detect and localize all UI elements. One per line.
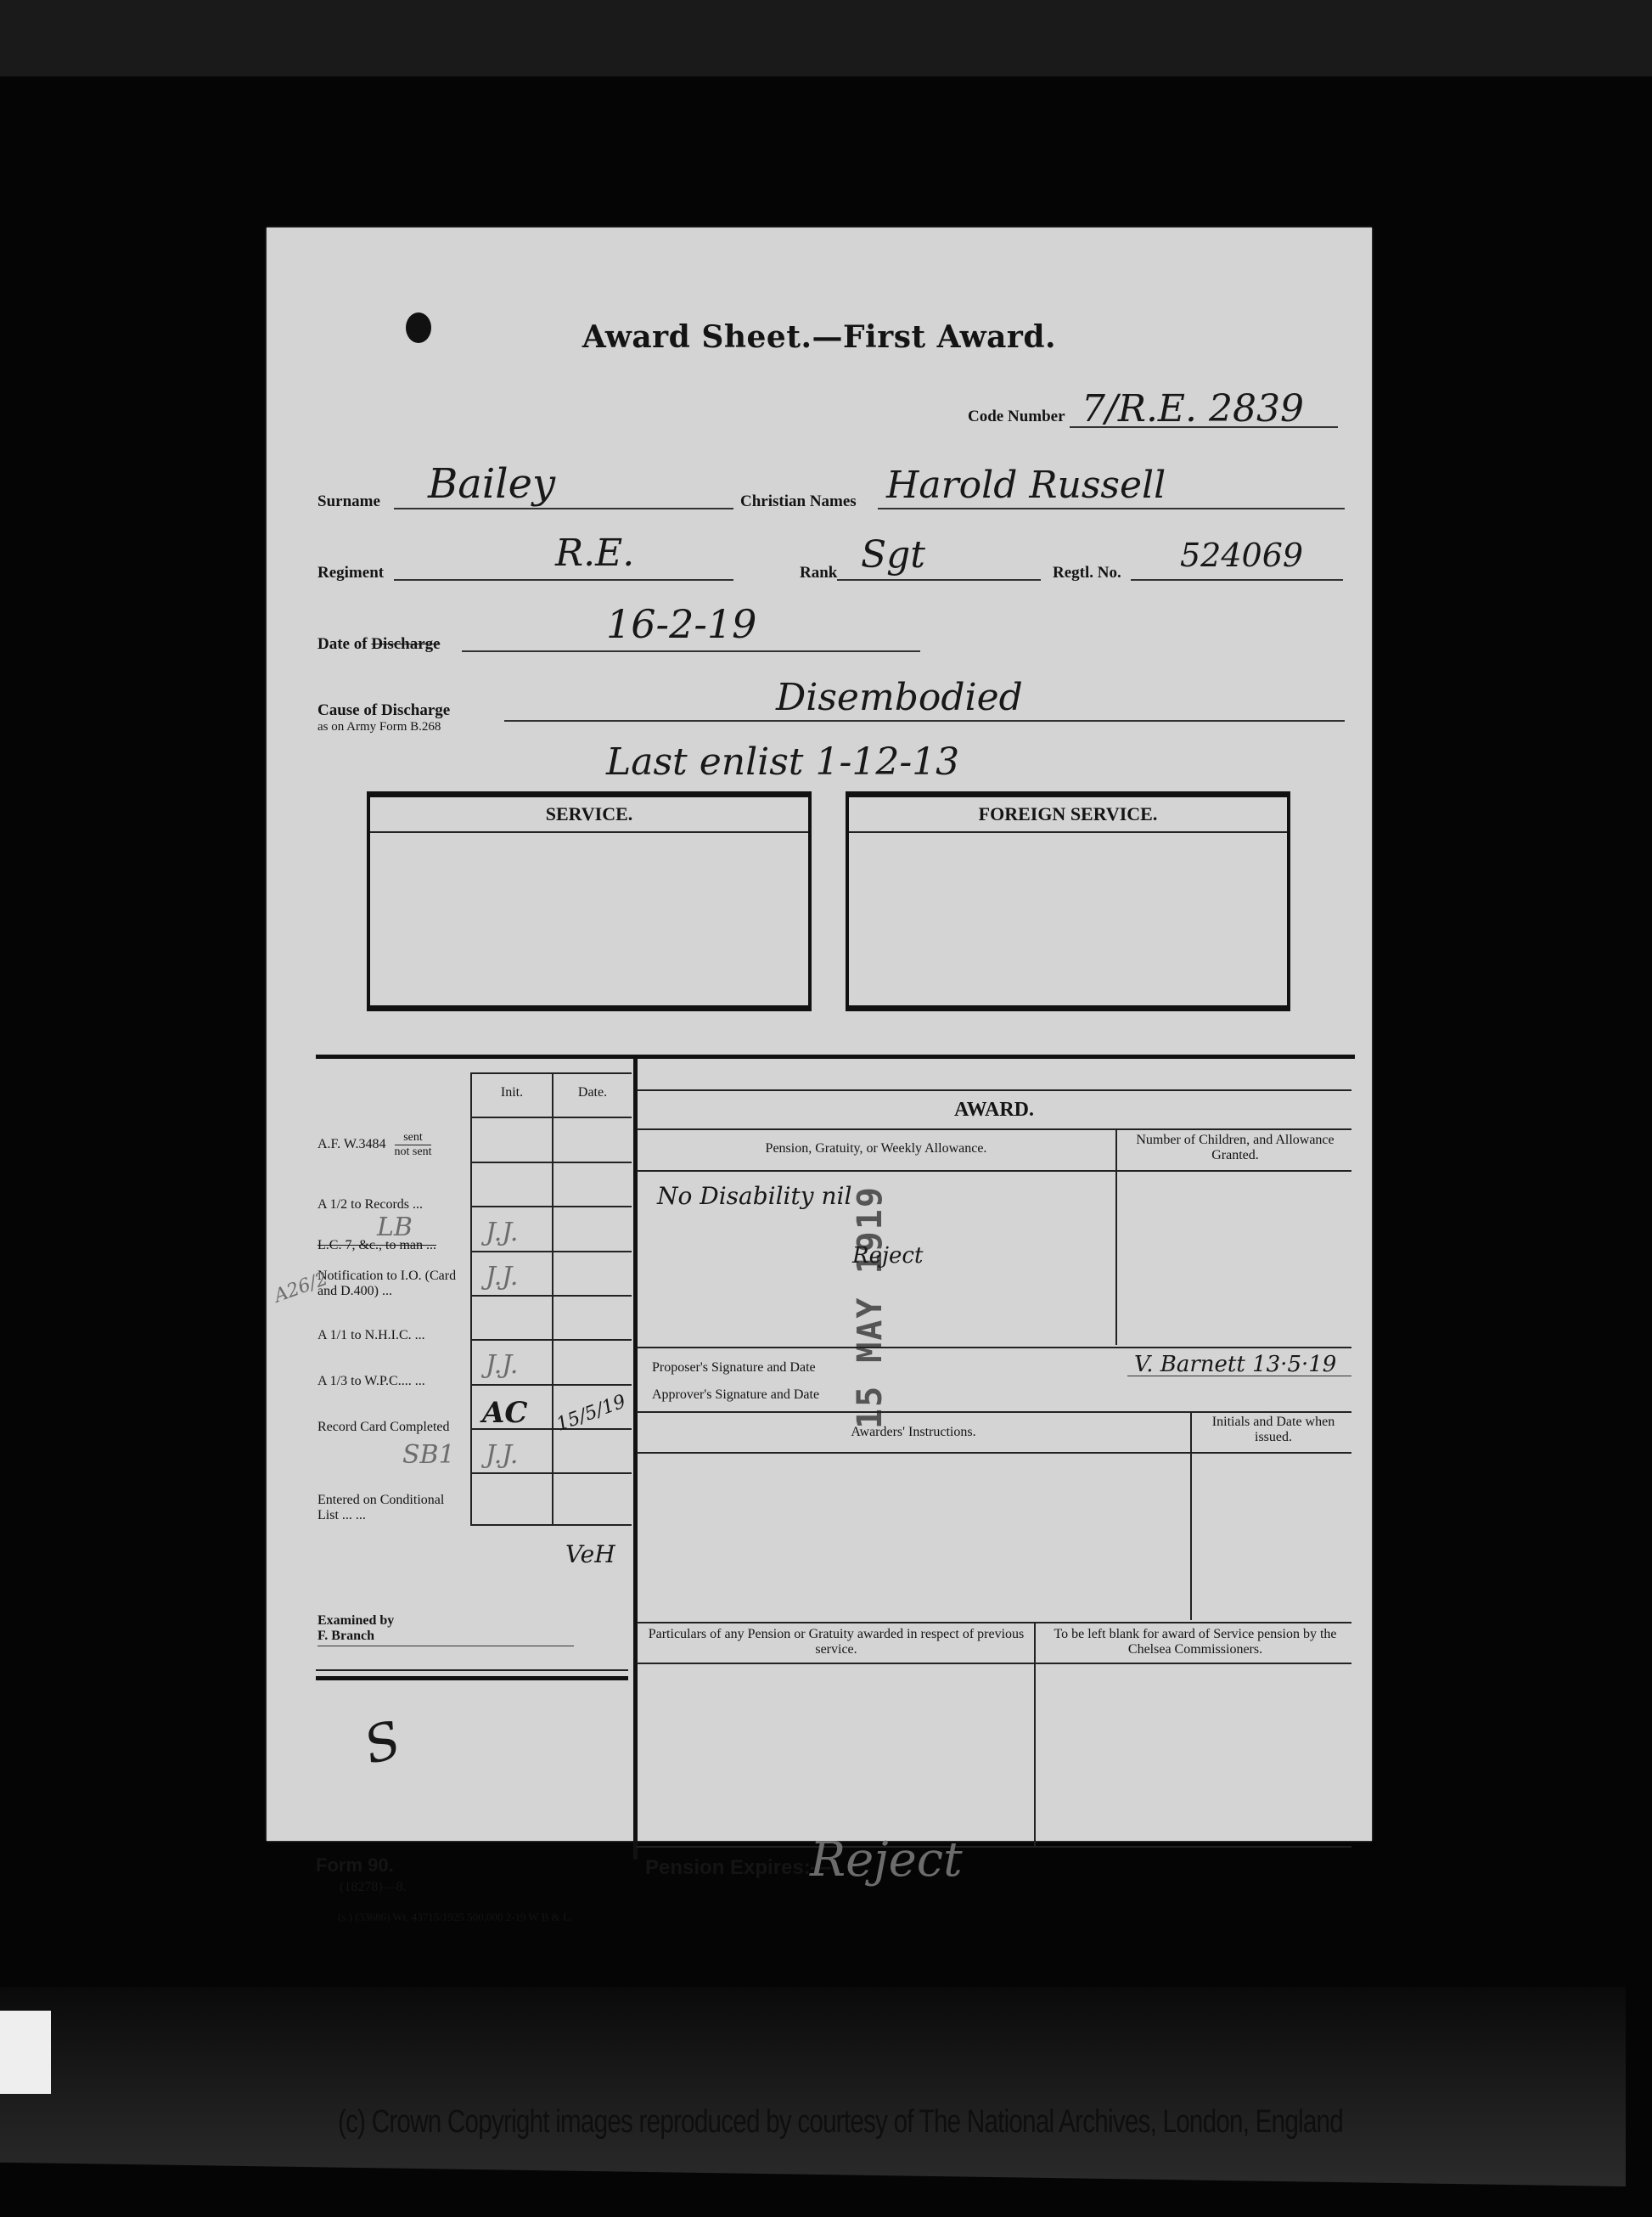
surname-line — [394, 508, 733, 509]
checklist-row-notification: Notification to I.O. (Card and D.400) ..… — [317, 1269, 469, 1299]
lower-section-divider — [633, 1056, 638, 1860]
examined-by-line — [317, 1646, 574, 1646]
date-of-discharge-value[interactable]: 16-2-19 — [606, 601, 756, 647]
examined-section-rule — [316, 1676, 628, 1680]
service-box: SERVICE. — [367, 791, 812, 1011]
service-box-title: SERVICE. — [370, 797, 808, 833]
surname-label: Surname — [317, 492, 380, 511]
checklist-row-conditional-list: Entered on Conditional List ... ... — [317, 1493, 469, 1523]
date-column-header: Date. — [553, 1085, 632, 1100]
children-column-header: Number of Children, and Allowance Grante… — [1121, 1133, 1350, 1163]
regiment-label: Regiment — [317, 564, 384, 582]
pension-expires-value[interactable]: Reject — [810, 1832, 963, 1888]
annotation-lb: LB — [377, 1213, 413, 1242]
cause-of-discharge-line — [504, 720, 1345, 722]
annotation-a26-2: A26/2 — [272, 1269, 331, 1308]
regtl-no-value[interactable]: 524069 — [1180, 537, 1303, 574]
code-number-label: Code Number — [968, 408, 1065, 426]
pension-entry-reject[interactable]: Reject — [852, 1243, 923, 1269]
checklist-row-record-card: Record Card Completed — [317, 1420, 469, 1435]
init-wpc: J.J. — [486, 1350, 518, 1380]
discharge-struck-label: Discharge — [371, 635, 440, 653]
rank-label: Rank — [800, 564, 837, 582]
checklist-row-af-w3484: A.F. W.3484 sent not sent — [317, 1131, 469, 1159]
handwritten-mark: S — [358, 1710, 407, 1776]
christian-names-line — [878, 508, 1345, 509]
children-column-divider — [1115, 1130, 1117, 1345]
proposer-signature-label: Proposer's Signature and Date — [652, 1360, 816, 1376]
awarders-instructions-label: Awarders' Instructions. — [637, 1425, 1190, 1440]
checklist-grid-mid — [552, 1072, 553, 1524]
form-code: (18278)—8. — [340, 1880, 407, 1895]
scanner-marker — [0, 2011, 51, 2094]
regiment-line — [394, 579, 733, 581]
examined-by-label: Examined by F. Branch — [317, 1613, 394, 1644]
date-of-discharge-label: Date of Discharge — [317, 635, 441, 654]
regiment-value[interactable]: R.E. — [555, 532, 634, 575]
init-sb1-row: J.J. — [486, 1440, 518, 1470]
pension-expires-label: Pension Expires:— — [645, 1856, 831, 1880]
fraction-not-sent: not sent — [395, 1145, 432, 1159]
scan-background-bottom — [0, 1987, 1626, 2186]
lower-section-top-rule — [316, 1055, 1355, 1059]
pension-entry-no-disability[interactable]: No Disability nil — [657, 1182, 851, 1210]
regtl-no-label: Regtl. No. — [1053, 564, 1121, 582]
checklist-row-records: A 1/2 to Records ... — [317, 1197, 469, 1213]
checklist-grid-left — [470, 1072, 472, 1524]
foreign-service-box: FOREIGN SERVICE. — [846, 791, 1290, 1011]
foreign-service-box-title: FOREIGN SERVICE. — [849, 797, 1287, 833]
last-enlist-note: Last enlist 1-12-13 — [606, 740, 959, 784]
regtl-no-line — [1131, 579, 1343, 581]
init-lc7: J.J. — [486, 1218, 518, 1247]
pension-column-header: Pension, Gratuity, or Weekly Allowance. — [637, 1141, 1115, 1156]
surname-value[interactable]: Bailey — [428, 460, 555, 508]
copyright-watermark: (c) Crown Copyright images reproduced by… — [284, 2104, 1396, 2141]
rank-value[interactable]: Sgt — [861, 533, 925, 577]
approver-signature-label: Approver's Signature and Date — [652, 1387, 819, 1403]
initials-date-label: Initials and Date when issued. — [1195, 1415, 1351, 1445]
rank-line — [837, 579, 1041, 581]
checklist-row-wpc: A 1/3 to W.P.C.... ... — [317, 1374, 469, 1389]
checklist-row-nhic: A 1/1 to N.H.I.C. ... — [317, 1328, 469, 1343]
init-notification: J.J. — [486, 1262, 518, 1291]
proposer-signature-value[interactable]: V. Barnett 13·5·19 — [1134, 1352, 1336, 1377]
christian-names-value[interactable]: Harold Russell — [886, 464, 1166, 507]
document-title: Award Sheet.—First Award. — [267, 319, 1372, 355]
cause-of-discharge-label: Cause of Discharge — [317, 701, 450, 720]
cause-of-discharge-value[interactable]: Disembodied — [776, 676, 1023, 719]
christian-names-label: Christian Names — [740, 492, 857, 511]
code-number-value[interactable]: 7/R.E. 2839 — [1082, 387, 1304, 430]
chelsea-label: To be left blank for award of Service pe… — [1041, 1627, 1350, 1657]
init-column-header: Init. — [472, 1085, 552, 1100]
init-record-card: AC — [482, 1396, 527, 1430]
date-of-label: Date of — [317, 635, 368, 653]
date-of-discharge-line — [462, 650, 920, 652]
particulars-column-divider — [1034, 1623, 1036, 1846]
annotation-sb1: SB1 — [402, 1440, 455, 1470]
award-title: AWARD. — [637, 1099, 1351, 1122]
initials-below-grid: VeH — [565, 1540, 615, 1568]
particulars-label: Particulars of any Pension or Gratuity a… — [645, 1627, 1027, 1657]
form-number: Form 90. — [316, 1854, 394, 1877]
award-sheet-paper: Award Sheet.—First Award. Code Number 7/… — [267, 228, 1372, 1841]
date-received-stamp: 15 MAY 1919 — [851, 1185, 890, 1429]
cause-of-discharge-sublabel: as on Army Form B.268 — [317, 720, 441, 734]
print-line: (s.) (33686) Wt. 43715/1925 500,000 2-19… — [338, 1910, 572, 1924]
scan-background-top — [0, 0, 1652, 76]
fraction-sent: sent — [395, 1131, 432, 1145]
initials-column-divider — [1190, 1413, 1192, 1620]
